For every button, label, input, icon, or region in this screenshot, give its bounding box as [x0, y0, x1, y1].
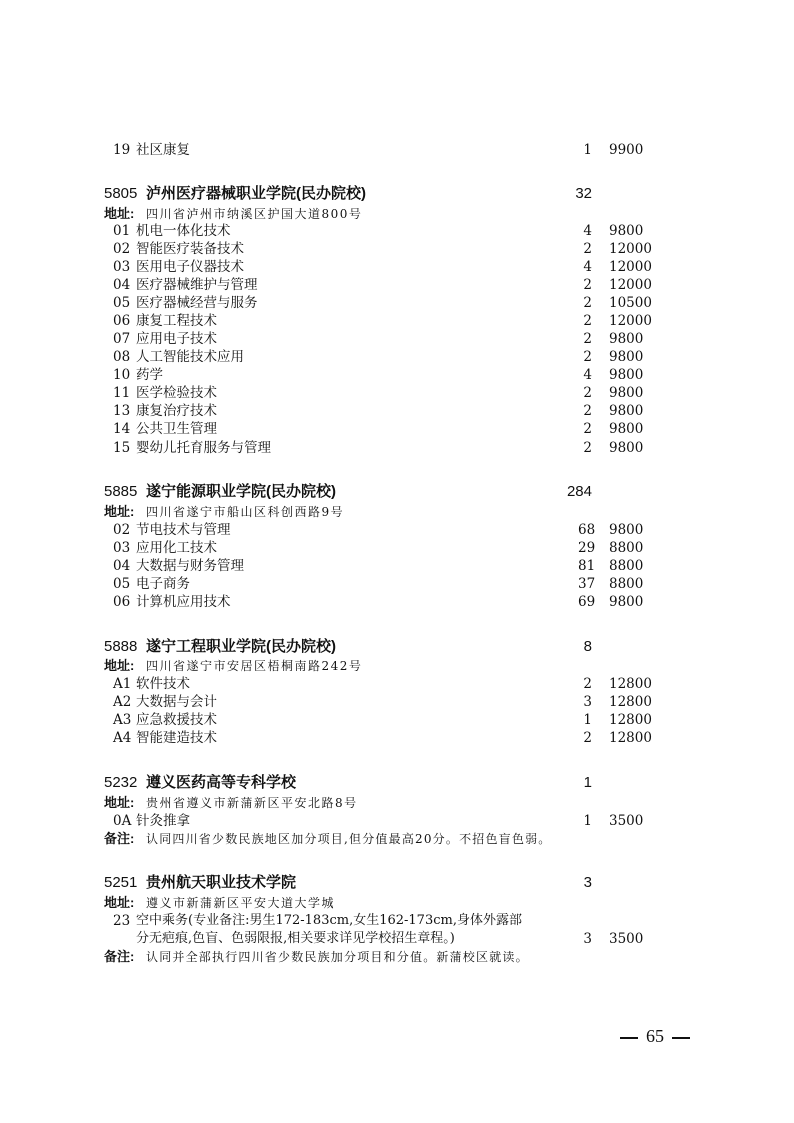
- page-number-value: 65: [646, 1026, 664, 1046]
- school-name: 遂宁工程职业学院(民办院校): [146, 636, 336, 658]
- major-code: 23: [113, 912, 130, 930]
- major-fee: 12800: [609, 711, 652, 729]
- major-fee: 12800: [609, 729, 652, 747]
- table-row: 11医学检验技术29800: [0, 384, 794, 402]
- major-name: 公共卫生管理: [136, 420, 217, 438]
- major-count: 2: [578, 420, 592, 438]
- school-name: 遵义医药高等专科学校: [146, 772, 296, 794]
- table-row: 14公共卫生管理29800: [0, 420, 794, 438]
- table-row: 15婴幼儿托育服务与管理29800: [0, 439, 794, 457]
- major-count: 4: [578, 366, 592, 384]
- table-row: 07应用电子技术29800: [0, 330, 794, 348]
- major-count: 2: [578, 402, 592, 420]
- school-id: 5232: [104, 772, 137, 794]
- table-row: A3应急救援技术112800: [0, 711, 794, 729]
- school-address: 地址: 贵州省遵义市新蒲新区平安北路8号: [0, 794, 794, 812]
- table-row: 06计算机应用技术699800: [0, 593, 794, 611]
- major-fee: 12800: [609, 675, 652, 693]
- major-name: 机电一体化技术: [136, 222, 231, 240]
- major-code: 01: [113, 222, 130, 240]
- major-code: 15: [113, 439, 130, 457]
- major-fee: 12000: [609, 276, 652, 294]
- school-name: 贵州航天职业技术学院: [146, 872, 296, 894]
- address-value: 四川省遂宁市船山区科创西路9号: [146, 503, 344, 521]
- major-name: 大数据与财务管理: [136, 557, 244, 575]
- major-fee: 9800: [609, 330, 643, 348]
- table-row: 04大数据与财务管理818800: [0, 557, 794, 575]
- major-code: 14: [113, 420, 130, 438]
- table-row: 10药学49800: [0, 366, 794, 384]
- address-label: 地址:: [104, 894, 134, 912]
- school-name: 泸州医疗器械职业学院(民办院校): [146, 183, 366, 205]
- major-fee: 9900: [609, 141, 643, 159]
- major-name: 智能医疗装备技术: [136, 240, 244, 258]
- school-address: 地址: 四川省遂宁市船山区科创西路9号: [0, 503, 794, 521]
- major-name: 药学: [136, 366, 163, 384]
- major-name: 智能建造技术: [136, 729, 217, 747]
- dash-left: [620, 1037, 638, 1039]
- major-code: 06: [113, 312, 130, 330]
- major-fee: 9800: [609, 420, 643, 438]
- major-code: 04: [113, 276, 130, 294]
- major-code: 02: [113, 240, 130, 258]
- address-value: 四川省泸州市纳溪区护国大道800号: [146, 205, 362, 223]
- major-fee: 9800: [609, 521, 643, 539]
- table-row: 0A针灸推拿13500: [0, 812, 794, 830]
- major-code: 06: [113, 593, 130, 611]
- address-label: 地址:: [104, 794, 134, 812]
- major-code: 0A: [113, 812, 131, 830]
- address-value: 遵义市新蒲新区平安大道大学城: [146, 894, 335, 912]
- note-value: 认同四川省少数民族地区加分项目,但分值最高20分。不招色盲色弱。: [146, 830, 552, 848]
- school-header: 5888 遂宁工程职业学院(民办院校) 8: [0, 636, 794, 658]
- major-name: 社区康复: [136, 141, 190, 159]
- address-value: 四川省遂宁市安居区梧桐南路242号: [146, 657, 362, 675]
- major-code: A2: [113, 693, 131, 711]
- major-fee: 12000: [609, 240, 652, 258]
- table-row: 02节电技术与管理689800: [0, 521, 794, 539]
- school-header: 5805 泸州医疗器械职业学院(民办院校) 32: [0, 183, 794, 205]
- table-row: 05电子商务378800: [0, 575, 794, 593]
- major-name: 节电技术与管理: [136, 521, 231, 539]
- major-fee: 12000: [609, 312, 652, 330]
- major-code: 03: [113, 258, 130, 276]
- school-id: 5805: [104, 183, 137, 205]
- school-total: 1: [560, 772, 592, 794]
- major-code: 19: [113, 141, 130, 159]
- major-code: 02: [113, 521, 130, 539]
- major-count: 1: [578, 711, 592, 729]
- major-code: 03: [113, 539, 130, 557]
- major-code: 05: [113, 294, 130, 312]
- school-address: 地址: 四川省遂宁市安居区梧桐南路242号: [0, 657, 794, 675]
- major-count: 81: [578, 557, 592, 575]
- major-fee: 8800: [609, 575, 643, 593]
- school-id: 5885: [104, 481, 137, 503]
- school-note: 备注: 认同并全部执行四川省少数民族加分项目和分值。新蒲校区就读。: [0, 948, 794, 966]
- major-fee: 9800: [609, 402, 643, 420]
- major-code: 11: [113, 384, 130, 402]
- school-total: 284: [560, 481, 592, 503]
- major-name: 大数据与会计: [136, 693, 217, 711]
- table-row: 04医疗器械维护与管理212000: [0, 276, 794, 294]
- major-count: 4: [578, 222, 592, 240]
- table-row: A2大数据与会计312800: [0, 693, 794, 711]
- major-name: 应急救援技术: [136, 711, 217, 729]
- school-header: 5232 遵义医药高等专科学校 1: [0, 772, 794, 794]
- school-total: 32: [560, 183, 592, 205]
- major-code: 10: [113, 366, 130, 384]
- table-row: 02智能医疗装备技术212000: [0, 240, 794, 258]
- major-code: 04: [113, 557, 130, 575]
- table-row: 03医用电子仪器技术412000: [0, 258, 794, 276]
- major-fee: 9800: [609, 439, 643, 457]
- school-address: 地址: 遵义市新蒲新区平安大道大学城: [0, 894, 794, 912]
- page-number: 65: [612, 1024, 698, 1048]
- major-fee: 9800: [609, 384, 643, 402]
- major-name: 婴幼儿托育服务与管理: [136, 439, 271, 457]
- major-fee: 8800: [609, 557, 643, 575]
- major-name: 康复工程技术: [136, 312, 217, 330]
- school-header: 5885 遂宁能源职业学院(民办院校) 284: [0, 481, 794, 503]
- table-row: 06康复工程技术212000: [0, 312, 794, 330]
- school-address: 地址: 四川省泸州市纳溪区护国大道800号: [0, 205, 794, 223]
- major-name: 应用电子技术: [136, 330, 217, 348]
- major-count: 1: [578, 141, 592, 159]
- major-name: 计算机应用技术: [136, 593, 231, 611]
- school-id: 5888: [104, 636, 137, 658]
- table-row: 01机电一体化技术49800: [0, 222, 794, 240]
- major-fee: 9800: [609, 593, 643, 611]
- major-count: 2: [578, 384, 592, 402]
- major-fee: 3500: [609, 930, 643, 948]
- school-note: 备注: 认同四川省少数民族地区加分项目,但分值最高20分。不招色盲色弱。: [0, 830, 794, 848]
- table-row: A1软件技术212800: [0, 675, 794, 693]
- major-count: 2: [578, 276, 592, 294]
- major-count: 37: [578, 575, 592, 593]
- school-total: 3: [560, 872, 592, 894]
- note-value: 认同并全部执行四川省少数民族加分项目和分值。新蒲校区就读。: [146, 948, 529, 966]
- major-fee: 9800: [609, 348, 643, 366]
- address-label: 地址:: [104, 657, 134, 675]
- major-fee: 10500: [609, 294, 652, 312]
- major-fee: 12800: [609, 693, 652, 711]
- note-label: 备注:: [104, 830, 134, 848]
- major-code: 07: [113, 330, 130, 348]
- major-name: 医学检验技术: [136, 384, 217, 402]
- major-count: 3: [578, 693, 592, 711]
- address-label: 地址:: [104, 503, 134, 521]
- table-row: 05医疗器械经营与服务210500: [0, 294, 794, 312]
- major-count: 2: [578, 675, 592, 693]
- major-count: 2: [578, 240, 592, 258]
- table-row: A4智能建造技术212800: [0, 729, 794, 747]
- major-fee: 8800: [609, 539, 643, 557]
- school-id: 5251: [104, 872, 137, 894]
- school-header: 5251 贵州航天职业技术学院 3: [0, 872, 794, 894]
- major-count: 2: [578, 330, 592, 348]
- major-code: A4: [113, 729, 131, 747]
- major-count: 4: [578, 258, 592, 276]
- dash-right: [672, 1037, 690, 1039]
- school-total: 8: [560, 636, 592, 658]
- major-count: 69: [578, 593, 592, 611]
- major-name: 针灸推拿: [136, 812, 190, 830]
- major-name: 医疗器械经营与服务: [136, 294, 258, 312]
- table-row: 03应用化工技术298800: [0, 539, 794, 557]
- major-fee: 12000: [609, 258, 652, 276]
- table-row: 19 社区康复 1 9900: [0, 141, 794, 159]
- major-name: 康复治疗技术: [136, 402, 217, 420]
- school-name: 遂宁能源职业学院(民办院校): [146, 481, 336, 503]
- major-code: 08: [113, 348, 130, 366]
- major-count: 3: [578, 930, 592, 948]
- major-name: 医用电子仪器技术: [136, 258, 244, 276]
- table-row: 13康复治疗技术29800: [0, 402, 794, 420]
- table-row: 08人工智能技术应用29800: [0, 348, 794, 366]
- major-count: 29: [578, 539, 592, 557]
- major-fee: 3500: [609, 812, 643, 830]
- address-label: 地址:: [104, 205, 134, 223]
- major-name-continued: 分无疤痕,色盲、色弱限报,相关要求详见学校招生章程。): [136, 930, 455, 948]
- major-code: A1: [113, 675, 131, 693]
- major-code: 05: [113, 575, 130, 593]
- major-name: 应用化工技术: [136, 539, 217, 557]
- major-name: 医疗器械维护与管理: [136, 276, 258, 294]
- major-count: 2: [578, 294, 592, 312]
- major-fee: 9800: [609, 222, 643, 240]
- table-row: 23 空中乘务(专业备注:男生172-183cm,女生162-173cm,身体外…: [0, 912, 794, 930]
- major-code: 13: [113, 402, 130, 420]
- major-count: 2: [578, 729, 592, 747]
- table-row-continuation: 分无疤痕,色盲、色弱限报,相关要求详见学校招生章程。) 3 3500: [0, 930, 794, 948]
- major-count: 2: [578, 312, 592, 330]
- major-count: 2: [578, 348, 592, 366]
- major-code: A3: [113, 711, 131, 729]
- note-label: 备注:: [104, 948, 134, 966]
- address-value: 贵州省遵义市新蒲新区平安北路8号: [146, 794, 358, 812]
- major-count: 1: [578, 812, 592, 830]
- document-page: 19 社区康复 1 9900 5805 泸州医疗器械职业学院(民办院校) 32 …: [0, 0, 794, 1123]
- major-count: 2: [578, 439, 592, 457]
- major-name: 电子商务: [136, 575, 190, 593]
- major-name: 空中乘务(专业备注:男生172-183cm,女生162-173cm,身体外露部: [136, 912, 522, 930]
- major-count: 68: [578, 521, 592, 539]
- major-name: 人工智能技术应用: [136, 348, 244, 366]
- major-name: 软件技术: [136, 675, 190, 693]
- major-fee: 9800: [609, 366, 643, 384]
